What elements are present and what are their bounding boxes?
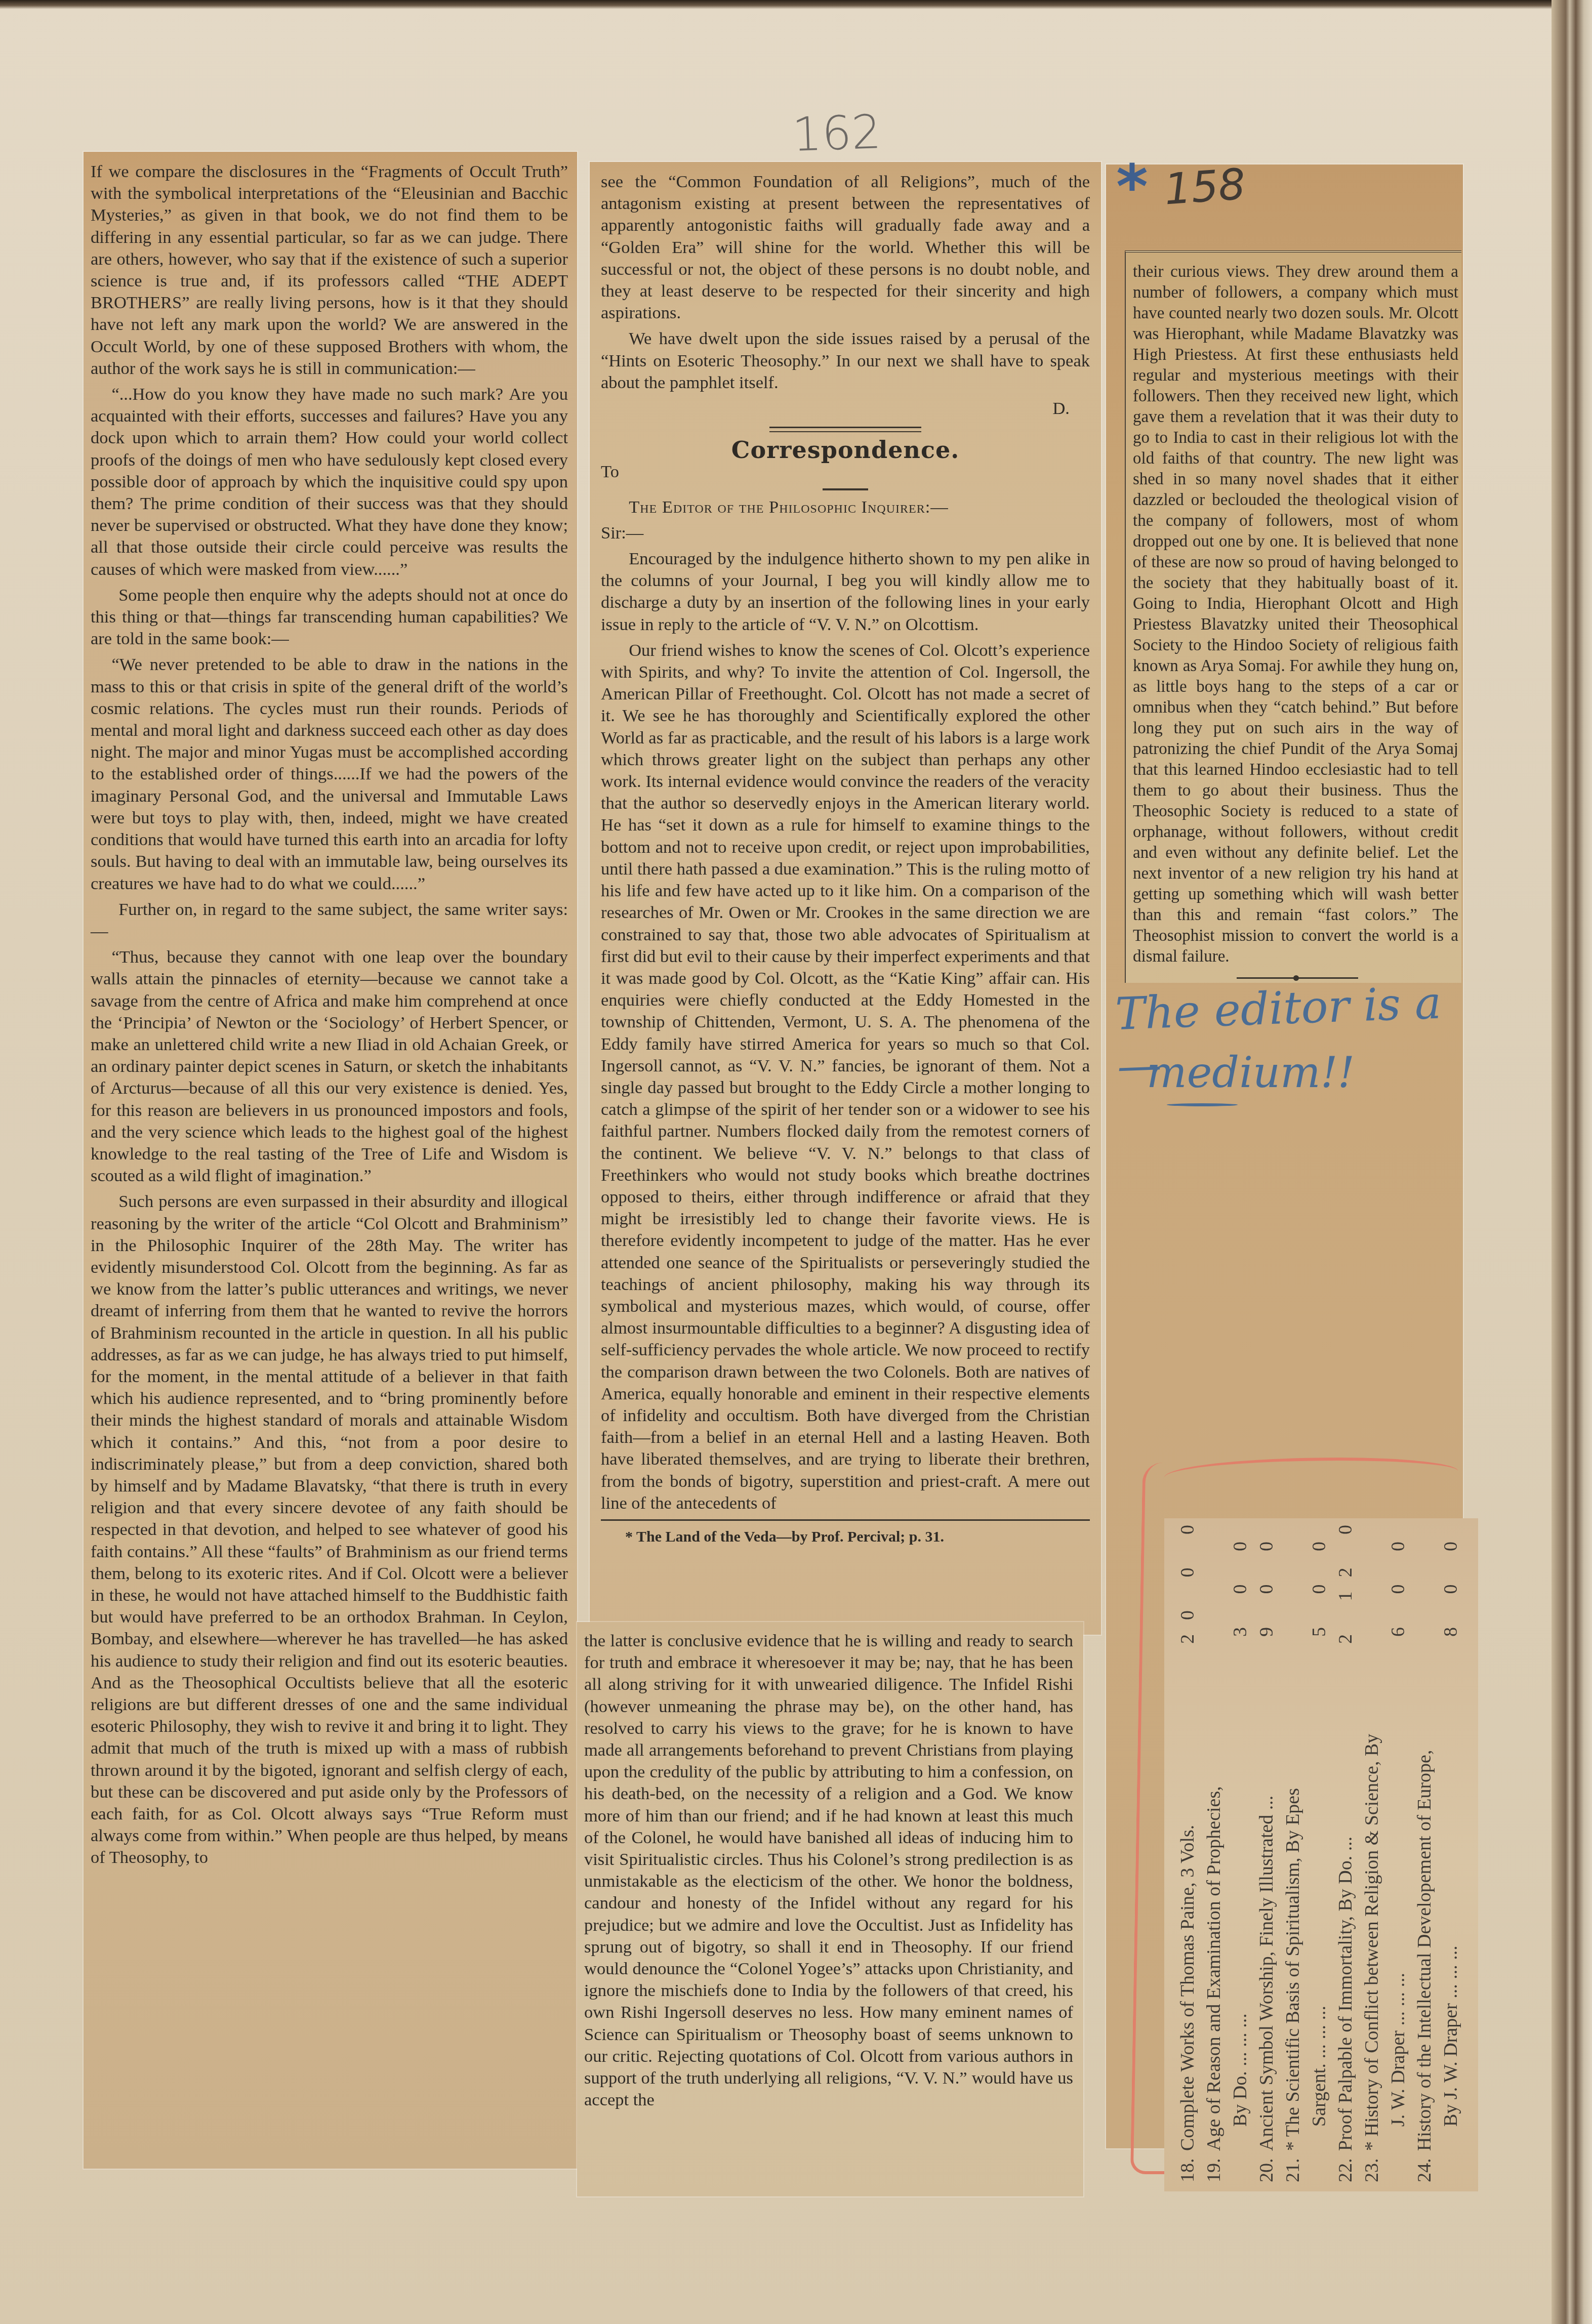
middle-lower-clipping: the latter is conclusive evidence that h… [577, 1622, 1083, 2196]
letter-paragraph: Our friend wishes to know the scenes of … [601, 640, 1090, 1514]
page-top-edge [0, 0, 1592, 9]
left-paragraph: Such persons are even surpassed in their… [91, 1191, 568, 1869]
book-list-subline: J. W. Draper ... ... ... 6 0 0 [1385, 1527, 1411, 2182]
letter-paragraph: Encouraged by the indulgence hitherto sh… [601, 548, 1090, 636]
left-newspaper-clipping: If we compare the disclosures in the “Fr… [84, 152, 577, 2169]
book-list-item: 20. Ancient Symbol Worship, Finely Illus… [1253, 1527, 1280, 2182]
pencil-page-number: 162 [791, 105, 882, 162]
handwritten-clipping-number: 158 [1163, 159, 1247, 215]
blue-star-mark: * [1116, 152, 1148, 222]
handwriting-underline [1167, 1103, 1238, 1106]
handwritten-annotation: The editor is a — medium!! [1106, 972, 1460, 1124]
binding-spine [1552, 0, 1592, 2324]
salutation-to: To [601, 461, 1090, 483]
letter-continuation: the latter is conclusive evidence that h… [584, 1630, 1073, 2111]
middle-lower-text: the latter is conclusive evidence that h… [584, 1630, 1073, 2111]
middle-newspaper-clipping: see the “Common Foundation of all Religi… [590, 162, 1101, 1635]
letter-salutation: Sir:— [601, 522, 1090, 544]
left-paragraph: “...How do you know they have made no su… [91, 384, 568, 580]
right-clipping-article: their curious views. They drew around th… [1125, 251, 1461, 983]
book-list-item: 22. Proof Palpable of Immortality, By Do… [1332, 1527, 1359, 2182]
book-list-item: 24. History of the Intellectual Develope… [1411, 1527, 1438, 2182]
article-signature: D. [601, 398, 1090, 420]
left-paragraph: “Thus, because they cannot with one leap… [91, 946, 568, 1187]
right-paragraph: their curious views. They drew around th… [1133, 262, 1458, 967]
correspondence-heading: Correspondence. [601, 439, 1090, 461]
book-list-subline: By Do. ... ... ... 3 0 0 [1227, 1527, 1253, 2182]
left-paragraph: Some people then enquire why the adepts … [91, 585, 568, 650]
handwriting-line-2: medium!! [1147, 1048, 1355, 1097]
heading-rule [823, 488, 868, 490]
book-list-item: 23. * History of Conflict between Religi… [1359, 1527, 1385, 2182]
middle-column-text: see the “Common Foundation of all Religi… [601, 171, 1090, 1548]
article-closing: We have dwelt upon the side issues raise… [601, 328, 1090, 394]
scrapbook-page: 162 If we compare the disclosures in the… [0, 0, 1592, 2324]
book-list-subline: Sargent. ... ... ... 5 0 0 [1306, 1527, 1332, 2182]
book-list-item: 18. Complete Works of Thomas Paine, 3 Vo… [1174, 1527, 1201, 2182]
left-column-text: If we compare the disclosures in the “Fr… [91, 161, 568, 1869]
book-list-item: 21. * The Scientific Basis of Spirituali… [1280, 1527, 1306, 2182]
book-list-item: 19. Age of Reason and Examination of Pro… [1201, 1527, 1227, 2182]
left-paragraph: If we compare the disclosures in the “Fr… [91, 161, 568, 380]
section-divider [769, 427, 921, 432]
letter-addressee: The Editor of the Philosophic Inquirer:— [601, 496, 1090, 518]
rotated-book-list: 18. Complete Works of Thomas Paine, 3 Vo… [1164, 1518, 1478, 2191]
footnote: * The Land of the Veda—by Prof. Percival… [601, 1519, 1090, 1548]
left-paragraph: Further on, in regard to the same subjec… [91, 899, 568, 942]
article-continuation: see the “Common Foundation of all Religi… [601, 171, 1090, 324]
right-column-text: their curious views. They drew around th… [1133, 262, 1461, 967]
book-list-subline: By J. W. Draper ... ... ... 8 0 0 [1438, 1527, 1464, 2182]
left-paragraph: “We never pretended to be able to draw i… [91, 654, 568, 894]
